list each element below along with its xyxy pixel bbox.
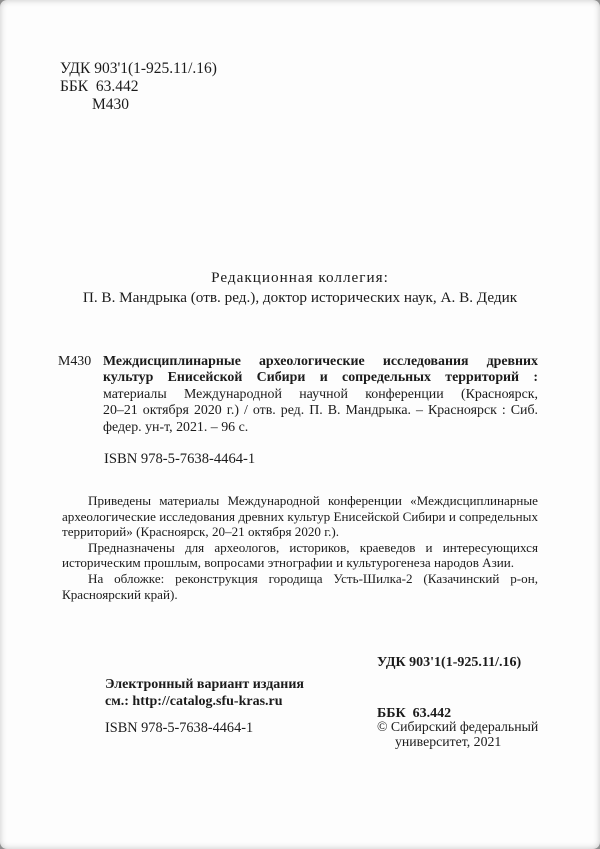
copyright-block: © Сибирский федеральный университет, 202… xyxy=(377,719,538,749)
annotation-p3-line-2: Красноярский край). xyxy=(62,587,538,603)
author-sign-top: М430 xyxy=(60,96,217,114)
editorial-board-members: П. В. Мандрыка (отв. ред.), доктор истор… xyxy=(0,288,600,308)
entry-text: Междисциплинарные археологические исслед… xyxy=(103,354,538,436)
editorial-board-heading: Редакционная коллегия: xyxy=(0,268,600,288)
isbn-number: ISBN 978-5-7638-4464-1 xyxy=(104,451,255,468)
annotation-p2-line-1: Предназначены для археологов, историков,… xyxy=(62,540,538,556)
copyright-year: университет, 2021 xyxy=(377,734,538,749)
top-classification-block: УДК 903'1(1-925.11/.16) ББК 63.442 М430 xyxy=(60,60,217,114)
bibliographic-entry: М430 Междисциплинарные археологические и… xyxy=(58,354,538,436)
electronic-edition-url: см.: http://catalog.sfu-kras.ru xyxy=(105,694,304,711)
editorial-board-block: Редакционная коллегия: П. В. Мандрыка (о… xyxy=(0,268,600,307)
entry-desc-line-1: материалы Международной научной конферен… xyxy=(103,387,538,403)
udk-code-bottom: УДК 903'1(1-925.11/.16) xyxy=(377,654,521,671)
book-imprint-page: УДК 903'1(1-925.11/.16) ББК 63.442 М430 … xyxy=(0,0,600,849)
entry-author-sign: М430 xyxy=(58,354,91,370)
bbk-code-top: ББК 63.442 xyxy=(60,78,217,96)
entry-title-line-2: культур Енисейской Сибири и сопредельных… xyxy=(103,370,538,386)
entry-desc-line-2: 20–21 октября 2020 г.) / отв. ред. П. В.… xyxy=(103,403,538,419)
annotation-p2-line-2: историческим прошлым, вопросами этнограф… xyxy=(62,555,538,571)
electronic-edition-note: Электронный вариант издания см.: http://… xyxy=(105,677,304,710)
annotation-p3-line-1: На обложке: реконструкция городища Усть-… xyxy=(62,571,538,587)
entry-desc-line-3: федер. ун-т, 2021. – 96 с. xyxy=(103,420,538,436)
isbn-number-footer: ISBN 978-5-7638-4464-1 xyxy=(105,720,253,737)
annotation-block: Приведены материалы Международной конфер… xyxy=(62,493,538,602)
annotation-p1-line-1: Приведены материалы Международной конфер… xyxy=(62,493,538,509)
electronic-edition-label: Электронный вариант издания xyxy=(105,677,304,694)
annotation-p1-line-2: археологические исследования древних кул… xyxy=(62,509,538,525)
copyright-holder: © Сибирский федеральный xyxy=(377,719,538,734)
udk-code-top: УДК 903'1(1-925.11/.16) xyxy=(60,60,217,78)
annotation-p1-line-3: территорий» (Красноярск, 20–21 октября 2… xyxy=(62,524,538,540)
entry-title-line-1: Междисциплинарные археологические исслед… xyxy=(103,354,538,370)
